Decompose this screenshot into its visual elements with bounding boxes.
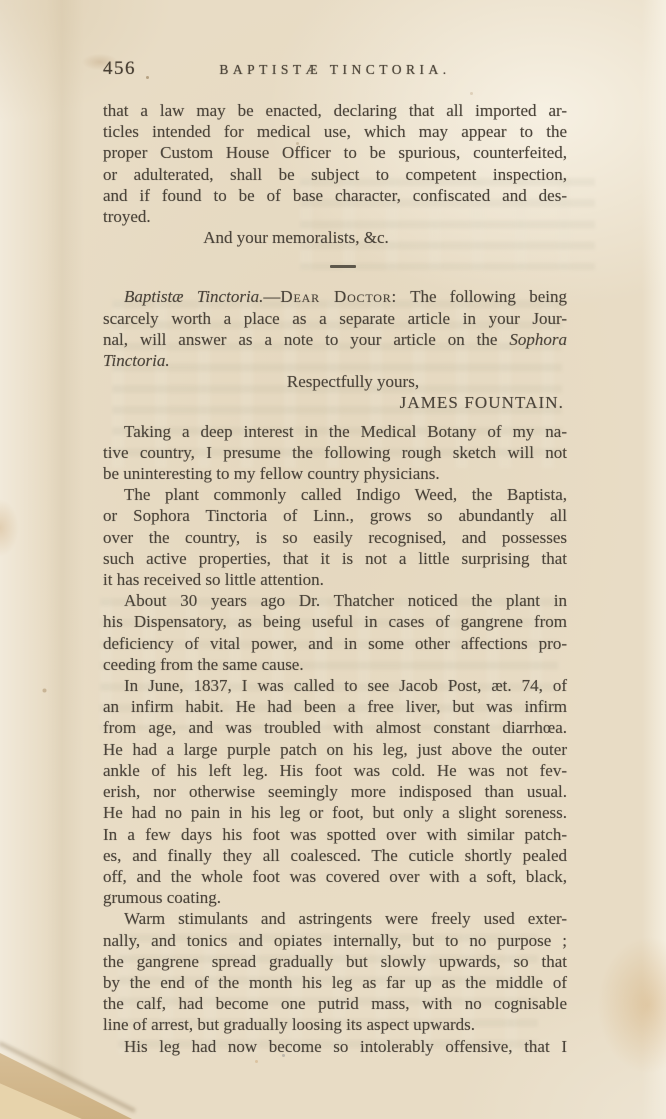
text-line: the calf, had become one putrid mass, wi… xyxy=(103,993,567,1014)
section-divider xyxy=(103,248,567,286)
paragraph: Warm stimulants and astringents were fre… xyxy=(103,908,567,1035)
text-run: from age, and was troubled with almost c… xyxy=(103,718,567,737)
text-line: tive country, I presume the following ro… xyxy=(103,442,567,463)
text-line: such active properties, that it is not a… xyxy=(103,548,567,569)
text-run: over the country, is so easily recognise… xyxy=(103,528,567,547)
text-run: — xyxy=(263,287,280,306)
text-run: scarcely worth a place as a separate art… xyxy=(103,309,567,328)
text-run: The following being xyxy=(397,287,567,306)
text-line: troyed. xyxy=(103,206,567,227)
text-run: nal, will answer as a note to your artic… xyxy=(103,330,509,349)
text-line: ceeding from the same cause. xyxy=(103,654,567,675)
divider-rule xyxy=(330,265,356,268)
text-line: About 30 years ago Dr. Thatcher noticed … xyxy=(103,590,567,611)
text-run: and if found to be of base character, co… xyxy=(103,186,567,205)
folded-corner xyxy=(0,1053,132,1119)
text-line: or adulterated, shall be subject to comp… xyxy=(103,164,567,185)
text-line: nal, will answer as a note to your artic… xyxy=(103,329,567,350)
text-line: scarcely worth a place as a separate art… xyxy=(103,308,567,329)
text-line: His leg had now become so intolerably of… xyxy=(103,1036,567,1057)
text-line: Taking a deep interest in the Medical Bo… xyxy=(103,421,567,442)
text-run: He had a large purple patch on his leg, … xyxy=(103,740,567,759)
text-line: be uninteresting to my fellow country ph… xyxy=(103,463,567,484)
text-run: the calf, had become one putrid mass, wi… xyxy=(103,994,567,1013)
text-line: In a few days his foot was spotted over … xyxy=(103,824,567,845)
text-line: ticles intended for medical use, which m… xyxy=(103,121,567,142)
text-line: Warm stimulants and astringents were fre… xyxy=(103,908,567,929)
text-run: His leg had now become so intolerably of… xyxy=(124,1037,567,1056)
text-run: deficiency of vital power, and in some o… xyxy=(103,634,567,653)
folded-corner-underlay xyxy=(0,1053,132,1119)
text-line: grumous coating. xyxy=(103,887,567,908)
text-line: by the end of the month his leg as far u… xyxy=(103,972,567,993)
text-line: or Sophora Tinctoria of Linn., grows so … xyxy=(103,505,567,526)
text-run: that a law may be enacted, declaring tha… xyxy=(103,101,567,120)
paragraph: Baptistæ Tinctoria.—Dear Doctor: The fol… xyxy=(103,286,567,371)
italic-text: Sophora xyxy=(509,330,567,349)
text-run: He had no pain in his leg or foot, but o… xyxy=(103,803,567,822)
text-run: troyed. xyxy=(103,207,151,226)
text-line: In June, 1837, I was called to see Jacob… xyxy=(103,675,567,696)
text-run: ceeding from the same cause. xyxy=(103,655,304,674)
paragraph: The plant commonly called Indigo Weed, t… xyxy=(103,484,567,590)
text-run: be uninteresting to my fellow country ph… xyxy=(103,464,440,483)
memorialists-line: And your memoralists, &c. xyxy=(103,227,567,248)
text-run: it has received so little attention. xyxy=(103,570,324,589)
text-run: such active properties, that it is not a… xyxy=(103,549,567,568)
text-line: over the country, is so easily recognise… xyxy=(103,527,567,548)
text-line: his Dispensatory, as being useful in cas… xyxy=(103,611,567,632)
text-line: the gangrene spread gradually but slowly… xyxy=(103,951,567,972)
text-line: Baptistæ Tinctoria.—Dear Doctor: The fol… xyxy=(103,286,567,307)
text-line: from age, and was troubled with almost c… xyxy=(103,717,567,738)
text-run: off, and the whole foot was covered over… xyxy=(103,867,567,886)
text-line: nally, and tonics and opiates internally… xyxy=(103,930,567,951)
text-run: In a few days his foot was spotted over … xyxy=(103,825,567,844)
text-line: ankle of his left leg. His foot was cold… xyxy=(103,760,567,781)
text-line: and if found to be of base character, co… xyxy=(103,185,567,206)
text-run: by the end of the month his leg as far u… xyxy=(103,973,567,992)
text-run: Respectfully yours, xyxy=(287,372,419,391)
text-run: his Dispensatory, as being useful in cas… xyxy=(103,612,567,631)
italic-text: Baptistæ Tinctoria. xyxy=(124,287,263,306)
smallcaps-text: Dear Doctor: xyxy=(280,287,397,306)
text-run: The plant commonly called Indigo Weed, t… xyxy=(124,485,567,504)
foxing-specks xyxy=(0,0,3,3)
text-run: And your memoralists, &c. xyxy=(203,228,389,247)
text-run: tive country, I presume the following ro… xyxy=(103,443,567,462)
scanned-book-page: 456 BAPTISTÆ TINCTORIA. that a law may b… xyxy=(0,0,666,1119)
running-title: BAPTISTÆ TINCTORIA. xyxy=(103,62,567,78)
text-run: grumous coating. xyxy=(103,888,221,907)
text-line: proper Custom House Officer to be spurio… xyxy=(103,142,567,163)
paragraph: In June, 1837, I was called to see Jacob… xyxy=(103,675,567,908)
italic-text: Tinctoria. xyxy=(103,351,170,370)
paragraph: that a law may be enacted, declaring tha… xyxy=(103,100,567,227)
text-line: deficiency of vital power, and in some o… xyxy=(103,633,567,654)
text-line: Tinctoria. xyxy=(103,350,567,371)
text-run: Warm stimulants and astringents were fre… xyxy=(124,909,567,928)
signature-line: JAMES FOUNTAIN. xyxy=(103,392,567,413)
text-run: an infirm habit. He had been a free live… xyxy=(103,697,567,716)
text-line: off, and the whole foot was covered over… xyxy=(103,866,567,887)
folded-corner-flap xyxy=(0,1053,132,1119)
text-line: line of arrest, but gradually loosing it… xyxy=(103,1014,567,1035)
text-run: Taking a deep interest in the Medical Bo… xyxy=(124,422,567,441)
text-line: it has received so little attention. xyxy=(103,569,567,590)
text-run: In June, 1837, I was called to see Jacob… xyxy=(124,676,567,695)
text-run: es, and finally they all coalesced. The … xyxy=(103,846,567,865)
text-line: an infirm habit. He had been a free live… xyxy=(103,696,567,717)
text-run: JAMES FOUNTAIN. xyxy=(400,393,564,412)
valediction-line: Respectfully yours, xyxy=(103,371,567,392)
text-run: nally, and tonics and opiates internally… xyxy=(103,931,567,950)
text-run: proper Custom House Officer to be spurio… xyxy=(103,143,567,162)
page-header: 456 BAPTISTÆ TINCTORIA. xyxy=(103,58,567,84)
text-run: or Sophora Tinctoria of Linn., grows so … xyxy=(103,506,567,525)
text-run: line of arrest, but gradually loosing it… xyxy=(103,1015,475,1034)
text-run: ankle of his left leg. His foot was cold… xyxy=(103,761,567,780)
text-run: or adulterated, shall be subject to comp… xyxy=(103,165,567,184)
text-block: that a law may be enacted, declaring tha… xyxy=(103,100,567,1057)
text-run: the gangrene spread gradually but slowly… xyxy=(103,952,567,971)
paragraph: His leg had now become so intolerably of… xyxy=(103,1036,567,1057)
text-run: ticles intended for medical use, which m… xyxy=(103,122,567,141)
text-run: About 30 years ago Dr. Thatcher noticed … xyxy=(124,591,567,610)
paragraph: About 30 years ago Dr. Thatcher noticed … xyxy=(103,590,567,675)
text-line: He had a large purple patch on his leg, … xyxy=(103,739,567,760)
text-line: that a law may be enacted, declaring tha… xyxy=(103,100,567,121)
text-line: erish, nor otherwise seemingly more indi… xyxy=(103,781,567,802)
text-line: The plant commonly called Indigo Weed, t… xyxy=(103,484,567,505)
text-run: erish, nor otherwise seemingly more indi… xyxy=(103,782,567,801)
text-line: es, and finally they all coalesced. The … xyxy=(103,845,567,866)
text-line: He had no pain in his leg or foot, but o… xyxy=(103,802,567,823)
paragraph: Taking a deep interest in the Medical Bo… xyxy=(103,421,567,485)
